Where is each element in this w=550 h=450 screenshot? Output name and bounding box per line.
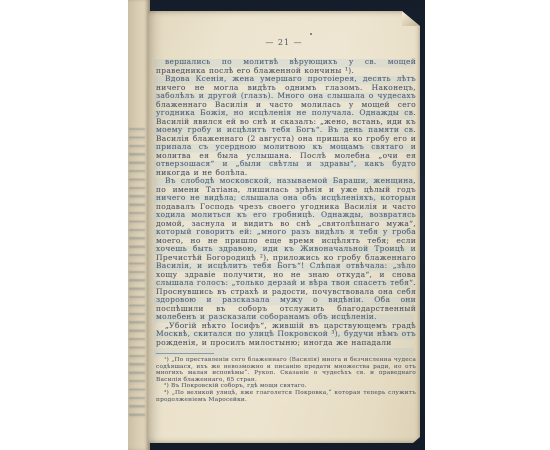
paragraph-4: „Убогій нѣкто Іосифъ“, жившій въ царству… <box>156 322 416 348</box>
page-number: — 21 — <box>148 38 420 47</box>
footnote-separator <box>156 353 214 354</box>
book-photo: — 21 — вершались по молитвѣ вѣрующихъ у … <box>128 0 425 450</box>
footnote-1: ¹) „По преставленіи сего блаженнаго (Вас… <box>156 357 416 383</box>
footnote-3: ³) „По великой улицѣ, яже глаголется Пок… <box>156 390 416 403</box>
photo-background: — 21 — вершались по молитвѣ вѣрующихъ у … <box>0 0 550 450</box>
paragraph-2: Вдова Ксенія, жена умершаго протоіерея, … <box>156 75 416 177</box>
facing-page-text-fragments <box>129 128 145 418</box>
facing-page-edge <box>128 0 150 450</box>
ink-speck <box>310 33 312 35</box>
footnotes: ¹) „По преставленіи сего блаженнаго (Вас… <box>156 357 416 403</box>
paragraph-3: Въ слободѣ московской, называемой Бараши… <box>156 177 416 322</box>
page-body: вершались по молитвѣ вѣрующихъ у св. мощ… <box>156 58 416 347</box>
paragraph-1: вершались по молитвѣ вѣрующихъ у св. мощ… <box>156 58 416 75</box>
folded-corner <box>402 11 420 26</box>
book-page: — 21 — вершались по молитвѣ вѣрующихъ у … <box>148 11 420 443</box>
footnote-2: ²) Въ Покровскій соборъ, гдѣ мощи святаг… <box>156 383 416 390</box>
